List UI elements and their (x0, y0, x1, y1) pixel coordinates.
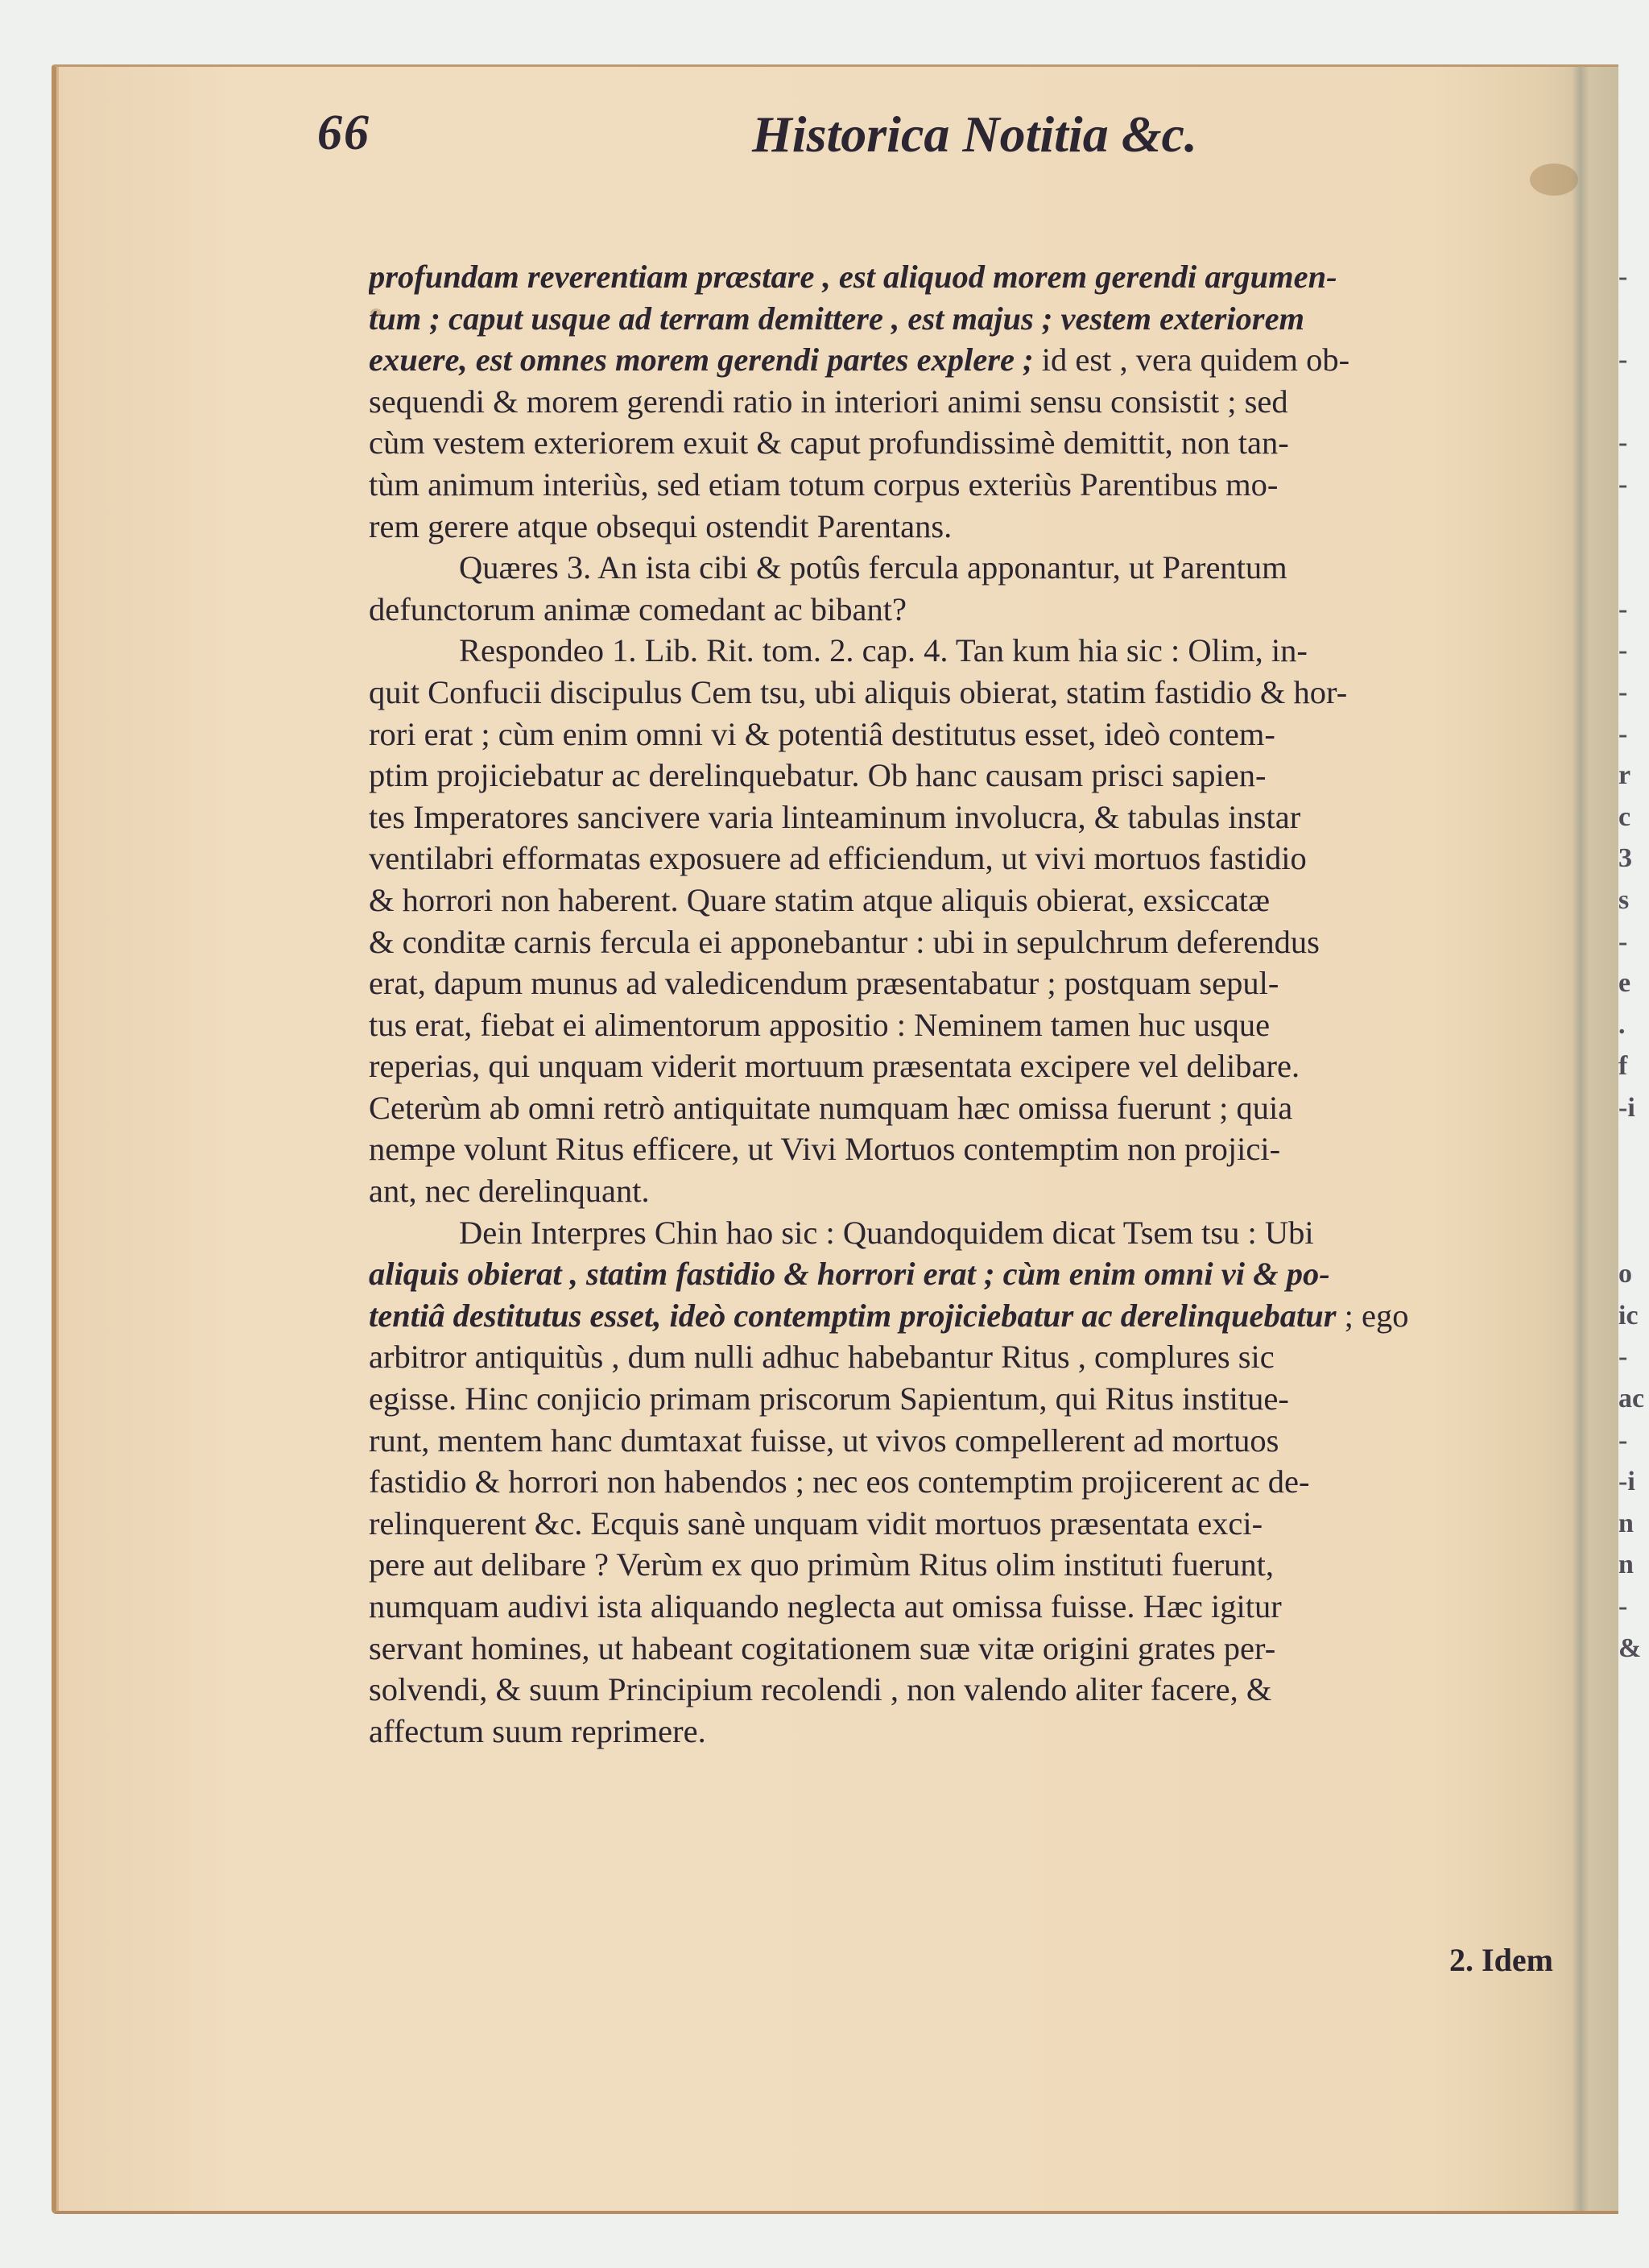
text-line: Ceterùm ab omni retrò antiquitate numqua… (369, 1087, 1609, 1129)
text-line: pere aut delibare ? Verùm ex quo primùm … (369, 1544, 1609, 1586)
facing-fragment: c (1618, 797, 1649, 838)
facing-fragment: -i (1618, 1087, 1649, 1129)
facing-fragment: - (1618, 1586, 1649, 1628)
facing-fragment: - (1618, 589, 1649, 631)
text-line: rori erat ; cùm enim omni vi & potentiâ … (369, 714, 1609, 755)
ink-stain (1530, 163, 1578, 196)
facing-fragment: - (1618, 672, 1649, 714)
facing-page-fragments: --------rc3s-e.f-ioic-ac--inn-& (1618, 256, 1649, 1711)
facing-fragment: - (1618, 630, 1649, 672)
facing-fragment (1618, 1212, 1649, 1254)
text-line: runt, mentem hanc dumtaxat fuisse, ut vi… (369, 1420, 1609, 1462)
facing-fragment: ic (1618, 1295, 1649, 1337)
facing-fragment: r (1618, 755, 1649, 797)
facing-fragment (1618, 547, 1649, 589)
text-line: sequendi & morem gerendi ratio in interi… (369, 381, 1609, 423)
facing-fragment: & (1618, 1628, 1649, 1670)
text-line: quit Confucii discipulus Cem tsu, ubi al… (369, 672, 1609, 714)
page-header: 66 Historica Notitia &c. (317, 89, 1525, 169)
italic-segment: tentiâ destitutus esset, ideò contemptim… (369, 1297, 1337, 1334)
catchword: 2. Idem (1449, 1941, 1553, 1979)
text-line: tus erat, fiebat ei alimentorum appositi… (369, 1004, 1609, 1046)
facing-fragment: 3 (1618, 838, 1649, 879)
facing-fragment: n (1618, 1503, 1649, 1545)
running-title: Historica Notitia &c. (752, 105, 1197, 164)
facing-fragment: - (1618, 714, 1649, 755)
facing-fragment (1618, 506, 1649, 548)
text-line: tùm animum interiùs, sed etiam totum cor… (369, 464, 1609, 506)
text-line: fastidio & horrori non habendos ; nec eo… (369, 1461, 1609, 1503)
text-line: servant homines, ut habeant cogitationem… (369, 1628, 1609, 1670)
page-number: 66 (317, 105, 370, 162)
text-line: & horrori non haberent. Quare statim atq… (369, 879, 1609, 921)
italic-segment: exuere, est omnes morem gerendi partes e… (369, 341, 1034, 378)
facing-fragment (1618, 1170, 1649, 1212)
facing-fragment: f (1618, 1045, 1649, 1087)
text-line: numquam audivi ista aliquando neglecta a… (369, 1586, 1609, 1628)
text-line: erat, dapum munus ad valedicendum præsen… (369, 962, 1609, 1004)
facing-fragment: - (1618, 256, 1649, 298)
text-line: ant, nec derelinquant. (369, 1170, 1609, 1212)
body-text: profundam reverentiam præstare , est ali… (369, 256, 1609, 1752)
text-line: nempe volunt Ritus efficere, ut Vivi Mor… (369, 1128, 1609, 1170)
facing-fragment: s (1618, 879, 1649, 921)
text-line: arbitror antiquitùs , dum nulli adhuc ha… (369, 1336, 1609, 1378)
text-line: & conditæ carnis fercula ei apponebantur… (369, 921, 1609, 963)
facing-fragment: ac (1618, 1378, 1649, 1420)
text-line: ventilabri efformatas exposuere ad effic… (369, 838, 1609, 879)
facing-fragment: - (1618, 1420, 1649, 1462)
facing-fragment (1618, 298, 1649, 340)
facing-fragment: . (1618, 1004, 1649, 1046)
text-line: cùm vestem exteriorem exuit & caput prof… (369, 422, 1609, 464)
facing-fragment (1618, 1669, 1649, 1711)
text-line: Dein Interpres Chin hao sic : Quandoquid… (369, 1212, 1609, 1254)
text-line: rem gerere atque obsequi ostendit Parent… (369, 506, 1609, 548)
facing-fragment: e (1618, 962, 1649, 1004)
text-line: Respondeo 1. Lib. Rit. tom. 2. cap. 4. T… (369, 630, 1609, 672)
text-line: reperias, qui unquam viderit mortuum præ… (369, 1045, 1609, 1087)
roman-segment: id est , vera quidem ob- (1034, 341, 1350, 378)
facing-fragment: - (1618, 422, 1649, 464)
facing-fragment (1618, 381, 1649, 423)
text-line: Quæres 3. An ista cibi & potûs fercula a… (369, 547, 1609, 589)
facing-fragment: n (1618, 1544, 1649, 1586)
roman-segment: ; ego (1337, 1297, 1409, 1334)
text-line: profundam reverentiam præstare , est ali… (369, 256, 1609, 298)
text-line: tes Imperatores sancivere varia linteami… (369, 797, 1609, 838)
text-line: tentiâ destitutus esset, ideò contemptim… (369, 1295, 1609, 1337)
text-line: exuere, est omnes morem gerendi partes e… (369, 339, 1609, 381)
text-line: egisse. Hinc conjicio primam priscorum S… (369, 1378, 1609, 1420)
text-line: aliquis obierat , statim fastidio & horr… (369, 1253, 1609, 1295)
text-line: relinquerent &c. Ecquis sanè unquam vidi… (369, 1503, 1609, 1545)
text-line: affectum suum reprimere. (369, 1711, 1609, 1753)
text-line: ptim projiciebatur ac derelinquebatur. O… (369, 755, 1609, 797)
facing-fragment (1618, 1128, 1649, 1170)
text-line: solvendi, & suum Principium recolendi , … (369, 1669, 1609, 1711)
facing-fragment: - (1618, 921, 1649, 963)
facing-fragment: - (1618, 464, 1649, 506)
facing-fragment: - (1618, 1336, 1649, 1378)
facing-fragment: o (1618, 1253, 1649, 1295)
text-line: defunctorum animæ comedant ac bibant? (369, 589, 1609, 631)
facing-fragment: - (1618, 339, 1649, 381)
facing-fragment: -i (1618, 1461, 1649, 1503)
text-line: tum ; caput usque ad terram demittere , … (369, 298, 1609, 340)
